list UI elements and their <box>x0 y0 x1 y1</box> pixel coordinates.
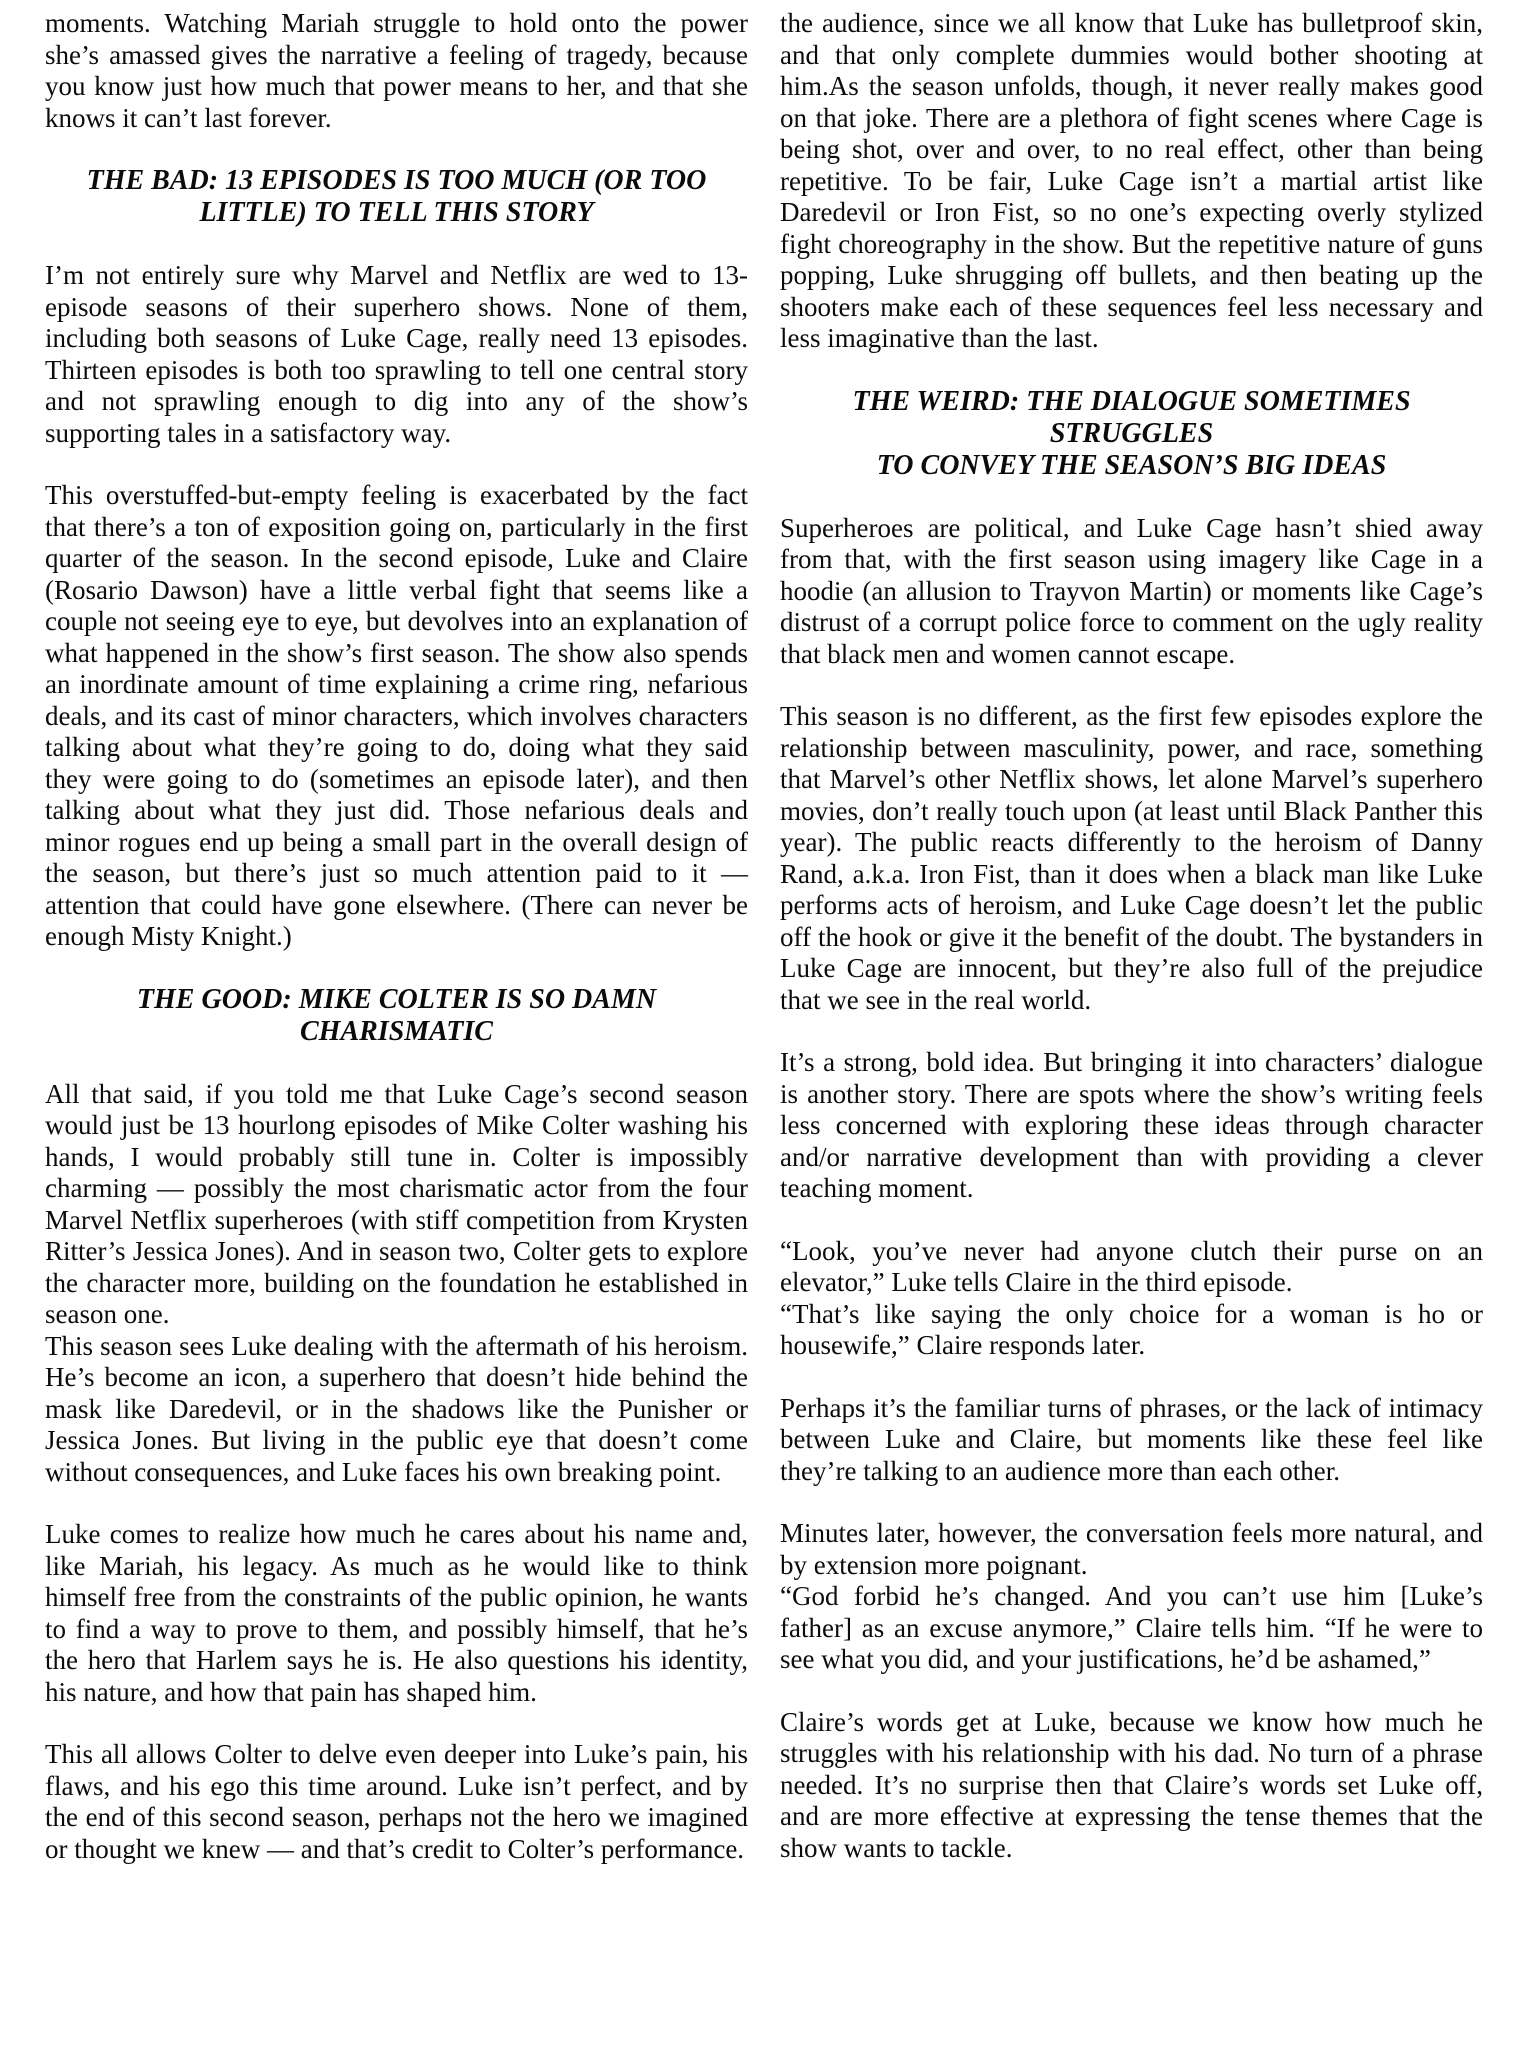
paragraph: This season sees Luke dealing with the a… <box>45 1331 748 1489</box>
paragraph: This overstuffed-but-empty feeling is ex… <box>45 480 748 953</box>
paragraph: moments. Watching Mariah struggle to hol… <box>45 8 748 134</box>
paragraph: It’s a strong, bold idea. But bringing i… <box>780 1047 1483 1205</box>
paragraph: the audience, since we all know that Luk… <box>780 8 1483 355</box>
dialogue-quote: “God forbid he’s changed. And you can’t … <box>780 1581 1483 1676</box>
article-page: moments. Watching Mariah struggle to hol… <box>45 8 1483 1896</box>
heading-line: THE WEIRD: THE DIALOGUE SOMETIMES STRUGG… <box>780 386 1483 450</box>
paragraph: Luke comes to realize how much he cares … <box>45 1519 748 1708</box>
paragraph: This all allows Colter to delve even dee… <box>45 1739 748 1865</box>
section-heading-the-good: THE GOOD: MIKE COLTER IS SO DAMN CHARISM… <box>45 984 748 1048</box>
paragraph: Superheroes are political, and Luke Cage… <box>780 513 1483 671</box>
dialogue-quote: “That’s like saying the only choice for … <box>780 1299 1483 1362</box>
paragraph: I’m not entirely sure why Marvel and Net… <box>45 260 748 449</box>
paragraph: All that said, if you told me that Luke … <box>45 1079 748 1331</box>
paragraph: Minutes later, however, the conversation… <box>780 1518 1483 1581</box>
left-column: moments. Watching Mariah struggle to hol… <box>45 8 748 1896</box>
heading-line: TO CONVEY THE SEASON’S BIG IDEAS <box>780 450 1483 482</box>
dialogue-quote: “Look, you’ve never had anyone clutch th… <box>780 1236 1483 1299</box>
paragraph: Perhaps it’s the familiar turns of phras… <box>780 1393 1483 1488</box>
heading-line: THE GOOD: MIKE COLTER IS SO DAMN <box>45 984 748 1016</box>
paragraph: Claire’s words get at Luke, because we k… <box>780 1707 1483 1865</box>
heading-line: LITTLE) TO TELL THIS STORY <box>45 197 748 229</box>
heading-line: CHARISMATIC <box>45 1016 748 1048</box>
paragraph: This season is no different, as the firs… <box>780 701 1483 1016</box>
section-heading-the-bad: THE BAD: 13 EPISODES IS TOO MUCH (OR TOO… <box>45 165 748 229</box>
heading-line: THE BAD: 13 EPISODES IS TOO MUCH (OR TOO <box>45 165 748 197</box>
right-column: the audience, since we all know that Luk… <box>780 8 1483 1895</box>
section-heading-the-weird: THE WEIRD: THE DIALOGUE SOMETIMES STRUGG… <box>780 386 1483 482</box>
